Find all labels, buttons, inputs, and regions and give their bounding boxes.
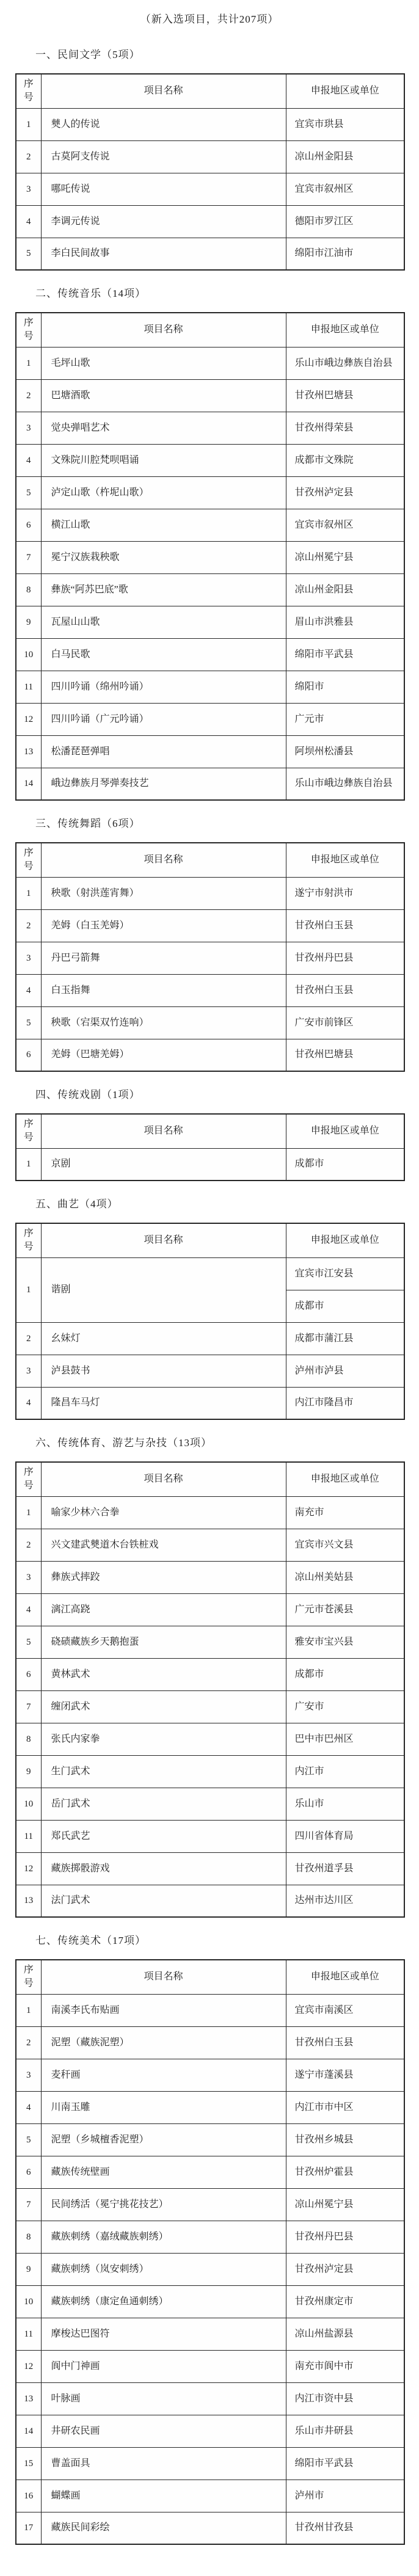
unit-cell: 达州市达川区: [286, 1885, 404, 1917]
project-name-cell: 四川吟诵（广元吟诵）: [41, 703, 286, 735]
items-table: 序号项目名称申报地区或单位1喻家少林六合拳南充市2兴文建武僰道木台铁桩戏宜宾市兴…: [15, 1461, 405, 1918]
section-heading: 六、传统体育、游艺与杂技（13项）: [0, 1436, 419, 1450]
project-name-cell: 川南玉雕: [41, 2091, 286, 2123]
row-number-cell: 17: [16, 2512, 41, 2544]
row-number-cell: 14: [16, 768, 41, 800]
table-row: 1秧歌（射洪莲宵舞）遂宁市射洪市: [16, 877, 404, 909]
table-row: 4白玉指舞甘孜州白玉县: [16, 974, 404, 1006]
row-number-cell: 10: [16, 1788, 41, 1820]
table-row: 13法门武术达州市达川区: [16, 1885, 404, 1917]
table-row: 1谐剧宜宾市江安县: [16, 1257, 404, 1290]
unit-cell: 乐山市: [286, 1788, 404, 1820]
column-header: 申报地区或单位: [286, 74, 404, 108]
project-name-cell: 秧歌（宕渠双竹连响）: [41, 1006, 286, 1039]
items-table: 序号项目名称申报地区或单位1秧歌（射洪莲宵舞）遂宁市射洪市2羌姆（白玉羌姆）甘孜…: [15, 842, 405, 1072]
project-name-cell: 麦秆画: [41, 2059, 286, 2091]
project-name-cell: 冕宁汉族栽秧歌: [41, 541, 286, 573]
row-number-cell: 2: [16, 140, 41, 173]
unit-cell: 宜宾市叙州区: [286, 509, 404, 541]
row-number-cell: 10: [16, 2285, 41, 2318]
table-row: 16蝴蝶画泸州市: [16, 2480, 404, 2512]
table-row: 13松潘琵琶弹唱阿坝州松潘县: [16, 735, 404, 768]
column-header: 申报地区或单位: [286, 1114, 404, 1148]
unit-cell: 内江市: [286, 1755, 404, 1788]
project-name-cell: 法门武术: [41, 1885, 286, 1917]
column-header: 项目名称: [41, 1223, 286, 1257]
row-number-cell: 1: [16, 1148, 41, 1181]
row-number-cell: 5: [16, 476, 41, 509]
unit-cell: 南充市: [286, 1496, 404, 1529]
unit-cell: 凉山州冕宁县: [286, 541, 404, 573]
table-row: 9瓦屋山山歌眉山市洪雅县: [16, 606, 404, 638]
project-name-cell: 彝族式摔跤: [41, 1561, 286, 1593]
project-name-cell: 藏族传统壁画: [41, 2156, 286, 2188]
unit-cell: 绵阳市平武县: [286, 638, 404, 671]
project-name-cell: 文殊院川腔梵呗唱诵: [41, 444, 286, 476]
row-number-cell: 4: [16, 2091, 41, 2123]
project-name-cell: 谐剧: [41, 1257, 286, 1322]
project-name-cell: 藏族民间彩绘: [41, 2512, 286, 2544]
column-header: 序号: [16, 1960, 41, 1994]
column-header: 申报地区或单位: [286, 1223, 404, 1257]
unit-cell: 成都市: [286, 1658, 404, 1690]
table-row: 9藏族刺绣（岚安刺绣）甘孜州泸定县: [16, 2253, 404, 2285]
project-name-cell: 兴文建武僰道木台铁桩戏: [41, 1529, 286, 1561]
unit-cell: 宜宾市兴文县: [286, 1529, 404, 1561]
unit-cell: 甘孜州白玉县: [286, 974, 404, 1006]
row-number-cell: 4: [16, 444, 41, 476]
table-row: 11摩梭达巴图符凉山州盐源县: [16, 2318, 404, 2350]
column-header: 申报地区或单位: [286, 843, 404, 877]
table-header-row: 序号项目名称申报地区或单位: [16, 1462, 404, 1496]
row-number-cell: 13: [16, 2382, 41, 2415]
row-number-cell: 3: [16, 942, 41, 974]
unit-cell: 甘孜州康定市: [286, 2285, 404, 2318]
unit-cell: 广元市: [286, 703, 404, 735]
project-name-cell: 秧歌（射洪莲宵舞）: [41, 877, 286, 909]
column-header: 序号: [16, 1114, 41, 1148]
table-row: 4文殊院川腔梵呗唱诵成都市文殊院: [16, 444, 404, 476]
table-row: 6黄林武术成都市: [16, 1658, 404, 1690]
table-row: 5泸定山歌（杵坭山歌）甘孜州泸定县: [16, 476, 404, 509]
row-number-cell: 7: [16, 541, 41, 573]
unit-cell: 乐山市井研县: [286, 2415, 404, 2447]
project-name-cell: 曹盖面具: [41, 2447, 286, 2480]
table-row: 4李调元传说德阳市罗江区: [16, 205, 404, 238]
project-name-cell: 南溪李氏布贴画: [41, 1994, 286, 2026]
table-row: 3泸县鼓书泸州市泸县: [16, 1355, 404, 1387]
column-header: 序号: [16, 313, 41, 347]
table-row: 8彝族“阿苏巴底”歌凉山州金阳县: [16, 573, 404, 606]
unit-cell: 甘孜州白玉县: [286, 2026, 404, 2059]
project-name-cell: 毛坪山歌: [41, 347, 286, 379]
row-number-cell: 14: [16, 2415, 41, 2447]
items-table: 序号项目名称申报地区或单位1僰人的传说宜宾市珙县2古莫阿支传说凉山州金阳县3哪吒…: [15, 73, 405, 271]
table-row: 3彝族式摔跤凉山州美姑县: [16, 1561, 404, 1593]
project-name-cell: 彝族“阿苏巴底”歌: [41, 573, 286, 606]
project-name-cell: 藏族刺绣（康定鱼通刺绣）: [41, 2285, 286, 2318]
table-row: 1喻家少林六合拳南充市: [16, 1496, 404, 1529]
row-number-cell: 9: [16, 2253, 41, 2285]
unit-cell: 甘孜州丹巴县: [286, 2221, 404, 2253]
column-header: 序号: [16, 74, 41, 108]
row-number-cell: 9: [16, 1755, 41, 1788]
unit-cell: 宜宾市江安县: [286, 1257, 404, 1290]
row-number-cell: 9: [16, 606, 41, 638]
table-row: 6横江山歌宜宾市叙州区: [16, 509, 404, 541]
table-header-row: 序号项目名称申报地区或单位: [16, 313, 404, 347]
table-row: 12藏族掷骰游戏甘孜州道孚县: [16, 1852, 404, 1885]
unit-cell: 宜宾市珙县: [286, 108, 404, 140]
row-number-cell: 1: [16, 1257, 41, 1322]
row-number-cell: 12: [16, 703, 41, 735]
column-header: 项目名称: [41, 313, 286, 347]
row-number-cell: 4: [16, 974, 41, 1006]
table-row: 2巴塘酒歌甘孜州巴塘县: [16, 379, 404, 412]
section-heading: 三、传统舞蹈（6项）: [0, 817, 419, 831]
row-number-cell: 7: [16, 2188, 41, 2221]
table-row: 14井研农民画乐山市井研县: [16, 2415, 404, 2447]
row-number-cell: 1: [16, 1994, 41, 2026]
table-row: 3哪吒传说宜宾市叙州区: [16, 173, 404, 205]
unit-cell: 广安市前锋区: [286, 1006, 404, 1039]
table-row: 12阆中门神画南充市阆中市: [16, 2350, 404, 2382]
column-header: 序号: [16, 1223, 41, 1257]
project-name-cell: 藏族掷骰游戏: [41, 1852, 286, 1885]
unit-cell: 甘孜州甘孜县: [286, 2512, 404, 2544]
row-number-cell: 5: [16, 238, 41, 270]
row-number-cell: 8: [16, 573, 41, 606]
project-name-cell: 泸定山歌（杵坭山歌）: [41, 476, 286, 509]
unit-cell: 甘孜州泸定县: [286, 476, 404, 509]
table-row: 5李白民间故事绵阳市江油市: [16, 238, 404, 270]
sections-container: 一、民间文学（5项）序号项目名称申报地区或单位1僰人的传说宜宾市珙县2古莫阿支传…: [0, 48, 419, 2545]
project-name-cell: 四川吟诵（绵州吟诵）: [41, 671, 286, 703]
table-row: 13叶脉画内江市资中县: [16, 2382, 404, 2415]
row-number-cell: 2: [16, 1322, 41, 1355]
table-header-row: 序号项目名称申报地区或单位: [16, 1114, 404, 1148]
project-name-cell: 觉央弹唱艺术: [41, 412, 286, 444]
row-number-cell: 3: [16, 412, 41, 444]
column-header: 申报地区或单位: [286, 1960, 404, 1994]
row-number-cell: 15: [16, 2447, 41, 2480]
row-number-cell: 3: [16, 1355, 41, 1387]
row-number-cell: 4: [16, 1593, 41, 1626]
project-name-cell: 缠闭武术: [41, 1690, 286, 1723]
unit-cell: 绵阳市江油市: [286, 238, 404, 270]
table-row: 15曹盖面具绵阳市平武县: [16, 2447, 404, 2480]
row-number-cell: 4: [16, 1387, 41, 1419]
table-header-row: 序号项目名称申报地区或单位: [16, 843, 404, 877]
project-name-cell: 白马民歌: [41, 638, 286, 671]
project-name-cell: 泥塑（乡城檀香泥塑）: [41, 2123, 286, 2156]
project-name-cell: 松潘琵琶弹唱: [41, 735, 286, 768]
unit-cell: 眉山市洪雅县: [286, 606, 404, 638]
unit-cell: 甘孜州得荣县: [286, 412, 404, 444]
row-number-cell: 6: [16, 509, 41, 541]
column-header: 项目名称: [41, 74, 286, 108]
project-name-cell: 岳门武术: [41, 1788, 286, 1820]
table-row: 5硗碛藏族乡天鹅抱蛋雅安市宝兴县: [16, 1626, 404, 1658]
unit-cell: 南充市阆中市: [286, 2350, 404, 2382]
column-header: 申报地区或单位: [286, 1462, 404, 1496]
table-row: 9生门武术内江市: [16, 1755, 404, 1788]
table-row: 10白马民歌绵阳市平武县: [16, 638, 404, 671]
project-name-cell: 黄林武术: [41, 1658, 286, 1690]
unit-cell: 泸州市: [286, 2480, 404, 2512]
project-name-cell: 泸县鼓书: [41, 1355, 286, 1387]
project-name-cell: 李调元传说: [41, 205, 286, 238]
row-number-cell: 4: [16, 205, 41, 238]
table-row: 8张氏内家拳巴中市巴州区: [16, 1723, 404, 1755]
row-number-cell: 5: [16, 1626, 41, 1658]
row-number-cell: 11: [16, 671, 41, 703]
table-row: 2兴文建武僰道木台铁桩戏宜宾市兴文县: [16, 1529, 404, 1561]
table-row: 14峨边彝族月琴弹奏技艺乐山市峨边彝族自治县: [16, 768, 404, 800]
unit-cell: 成都市: [286, 1290, 404, 1322]
table-row: 7缠闭武术广安市: [16, 1690, 404, 1723]
table-row: 4隆昌车马灯内江市隆昌市: [16, 1387, 404, 1419]
project-name-cell: 幺妹灯: [41, 1322, 286, 1355]
table-header-row: 序号项目名称申报地区或单位: [16, 74, 404, 108]
document-title: （新入选项目，共计207项）: [0, 12, 419, 27]
row-number-cell: 1: [16, 1496, 41, 1529]
column-header: 序号: [16, 1462, 41, 1496]
unit-cell: 凉山州冕宁县: [286, 2188, 404, 2221]
items-table: 序号项目名称申报地区或单位1谐剧宜宾市江安县成都市2幺妹灯成都市蒲江县3泸县鼓书…: [15, 1223, 405, 1420]
table-row: 4川南玉雕内江市市中区: [16, 2091, 404, 2123]
project-name-cell: 哪吒传说: [41, 173, 286, 205]
column-header: 申报地区或单位: [286, 313, 404, 347]
project-name-cell: 巴塘酒歌: [41, 379, 286, 412]
unit-cell: 雅安市宝兴县: [286, 1626, 404, 1658]
unit-cell: 甘孜州白玉县: [286, 909, 404, 942]
unit-cell: 绵阳市: [286, 671, 404, 703]
project-name-cell: 白玉指舞: [41, 974, 286, 1006]
project-name-cell: 古莫阿支传说: [41, 140, 286, 173]
table-row: 1毛坪山歌乐山市峨边彝族自治县: [16, 347, 404, 379]
row-number-cell: 3: [16, 173, 41, 205]
unit-cell: 德阳市罗江区: [286, 205, 404, 238]
project-name-cell: 京剧: [41, 1148, 286, 1181]
project-name-cell: 郑氏武艺: [41, 1820, 286, 1852]
unit-cell: 阿坝州松潘县: [286, 735, 404, 768]
unit-cell: 凉山州盐源县: [286, 2318, 404, 2350]
row-number-cell: 6: [16, 1658, 41, 1690]
row-number-cell: 1: [16, 108, 41, 140]
project-name-cell: 阆中门神画: [41, 2350, 286, 2382]
project-name-cell: 僰人的传说: [41, 108, 286, 140]
row-number-cell: 13: [16, 1885, 41, 1917]
project-name-cell: 羌姆（白玉羌姆）: [41, 909, 286, 942]
unit-cell: 广安市: [286, 1690, 404, 1723]
unit-cell: 泸州市泸县: [286, 1355, 404, 1387]
section-heading: 四、传统戏剧（1项）: [0, 1088, 419, 1102]
table-row: 7民间绣活（冕宁挑花技艺）凉山州冕宁县: [16, 2188, 404, 2221]
unit-cell: 成都市文殊院: [286, 444, 404, 476]
section-heading: 七、传统美术（17项）: [0, 1934, 419, 1948]
row-number-cell: 5: [16, 1006, 41, 1039]
table-row: 7冕宁汉族栽秧歌凉山州冕宁县: [16, 541, 404, 573]
unit-cell: 遂宁市蓬溪县: [286, 2059, 404, 2091]
row-number-cell: 2: [16, 2026, 41, 2059]
unit-cell: 甘孜州丹巴县: [286, 942, 404, 974]
row-number-cell: 12: [16, 1852, 41, 1885]
row-number-cell: 11: [16, 1820, 41, 1852]
unit-cell: 宜宾市叙州区: [286, 173, 404, 205]
row-number-cell: 2: [16, 909, 41, 942]
row-number-cell: 7: [16, 1690, 41, 1723]
table-row: 6羌姆（巴塘羌姆）甘孜州巴塘县: [16, 1039, 404, 1071]
project-name-cell: 民间绣活（冕宁挑花技艺）: [41, 2188, 286, 2221]
row-number-cell: 10: [16, 638, 41, 671]
row-number-cell: 6: [16, 2156, 41, 2188]
section-heading: 一、民间文学（5项）: [0, 48, 419, 62]
unit-cell: 甘孜州乡城县: [286, 2123, 404, 2156]
project-name-cell: 瓦屋山山歌: [41, 606, 286, 638]
row-number-cell: 3: [16, 1561, 41, 1593]
table-row: 10藏族刺绣（康定鱼通刺绣）甘孜州康定市: [16, 2285, 404, 2318]
row-number-cell: 2: [16, 379, 41, 412]
project-name-cell: 李白民间故事: [41, 238, 286, 270]
row-number-cell: 13: [16, 735, 41, 768]
unit-cell: 宜宾市南溪区: [286, 1994, 404, 2026]
table-header-row: 序号项目名称申报地区或单位: [16, 1223, 404, 1257]
column-header: 序号: [16, 843, 41, 877]
table-row: 2羌姆（白玉羌姆）甘孜州白玉县: [16, 909, 404, 942]
unit-cell: 甘孜州巴塘县: [286, 379, 404, 412]
unit-cell: 甘孜州巴塘县: [286, 1039, 404, 1071]
project-name-cell: 叶脉画: [41, 2382, 286, 2415]
unit-cell: 成都市: [286, 1148, 404, 1181]
items-table: 序号项目名称申报地区或单位1京剧成都市: [15, 1113, 405, 1181]
project-name-cell: 丹巴弓箭舞: [41, 942, 286, 974]
section-heading: 二、传统音乐（14项）: [0, 286, 419, 301]
unit-cell: 四川省体育局: [286, 1820, 404, 1852]
project-name-cell: 漓江高跷: [41, 1593, 286, 1626]
unit-cell: 甘孜州炉霍县: [286, 2156, 404, 2188]
project-name-cell: 井研农民画: [41, 2415, 286, 2447]
table-row: 3丹巴弓箭舞甘孜州丹巴县: [16, 942, 404, 974]
row-number-cell: 2: [16, 1529, 41, 1561]
table-row: 17藏族民间彩绘甘孜州甘孜县: [16, 2512, 404, 2544]
row-number-cell: 1: [16, 877, 41, 909]
project-name-cell: 羌姆（巴塘羌姆）: [41, 1039, 286, 1071]
row-number-cell: 8: [16, 1723, 41, 1755]
table-row: 3觉央弹唱艺术甘孜州得荣县: [16, 412, 404, 444]
unit-cell: 广元市苍溪县: [286, 1593, 404, 1626]
table-row: 11四川吟诵（绵州吟诵）绵阳市: [16, 671, 404, 703]
row-number-cell: 11: [16, 2318, 41, 2350]
table-row: 11郑氏武艺四川省体育局: [16, 1820, 404, 1852]
unit-cell: 内江市市中区: [286, 2091, 404, 2123]
row-number-cell: 6: [16, 1039, 41, 1071]
table-row: 5秧歌（宕渠双竹连响）广安市前锋区: [16, 1006, 404, 1039]
project-name-cell: 摩梭达巴图符: [41, 2318, 286, 2350]
project-name-cell: 喻家少林六合拳: [41, 1496, 286, 1529]
project-name-cell: 藏族刺绣（岚安刺绣）: [41, 2253, 286, 2285]
unit-cell: 乐山市峨边彝族自治县: [286, 768, 404, 800]
section-heading: 五、曲艺（4项）: [0, 1197, 419, 1212]
project-name-cell: 张氏内家拳: [41, 1723, 286, 1755]
project-name-cell: 蝴蝶画: [41, 2480, 286, 2512]
unit-cell: 遂宁市射洪市: [286, 877, 404, 909]
document-page: （新入选项目，共计207项） 一、民间文学（5项）序号项目名称申报地区或单位1僰…: [0, 0, 419, 2576]
table-row: 1京剧成都市: [16, 1148, 404, 1181]
table-row: 12四川吟诵（广元吟诵）广元市: [16, 703, 404, 735]
unit-cell: 内江市隆昌市: [286, 1387, 404, 1419]
row-number-cell: 5: [16, 2123, 41, 2156]
table-row: 2泥塑（藏族泥塑）甘孜州白玉县: [16, 2026, 404, 2059]
column-header: 项目名称: [41, 1960, 286, 1994]
column-header: 项目名称: [41, 1462, 286, 1496]
unit-cell: 巴中市巴州区: [286, 1723, 404, 1755]
row-number-cell: 8: [16, 2221, 41, 2253]
project-name-cell: 硗碛藏族乡天鹅抱蛋: [41, 1626, 286, 1658]
row-number-cell: 1: [16, 347, 41, 379]
items-table: 序号项目名称申报地区或单位1南溪李氏布贴画宜宾市南溪区2泥塑（藏族泥塑）甘孜州白…: [15, 1959, 405, 2545]
unit-cell: 绵阳市平武县: [286, 2447, 404, 2480]
table-row: 1僰人的传说宜宾市珙县: [16, 108, 404, 140]
table-row: 2幺妹灯成都市蒲江县: [16, 1322, 404, 1355]
project-name-cell: 藏族刺绣（嘉绒藏族刺绣）: [41, 2221, 286, 2253]
table-row: 10岳门武术乐山市: [16, 1788, 404, 1820]
project-name-cell: 峨边彝族月琴弹奏技艺: [41, 768, 286, 800]
unit-cell: 成都市蒲江县: [286, 1322, 404, 1355]
unit-cell: 甘孜州道孚县: [286, 1852, 404, 1885]
project-name-cell: 隆昌车马灯: [41, 1387, 286, 1419]
table-row: 3麦秆画遂宁市蓬溪县: [16, 2059, 404, 2091]
table-row: 6藏族传统壁画甘孜州炉霍县: [16, 2156, 404, 2188]
project-name-cell: 生门武术: [41, 1755, 286, 1788]
row-number-cell: 3: [16, 2059, 41, 2091]
table-row: 5泥塑（乡城檀香泥塑）甘孜州乡城县: [16, 2123, 404, 2156]
table-row: 8藏族刺绣（嘉绒藏族刺绣）甘孜州丹巴县: [16, 2221, 404, 2253]
unit-cell: 内江市资中县: [286, 2382, 404, 2415]
column-header: 项目名称: [41, 843, 286, 877]
table-row: 4漓江高跷广元市苍溪县: [16, 1593, 404, 1626]
row-number-cell: 16: [16, 2480, 41, 2512]
row-number-cell: 12: [16, 2350, 41, 2382]
project-name-cell: 泥塑（藏族泥塑）: [41, 2026, 286, 2059]
project-name-cell: 横江山歌: [41, 509, 286, 541]
unit-cell: 凉山州美姑县: [286, 1561, 404, 1593]
unit-cell: 凉山州金阳县: [286, 573, 404, 606]
column-header: 项目名称: [41, 1114, 286, 1148]
unit-cell: 凉山州金阳县: [286, 140, 404, 173]
table-header-row: 序号项目名称申报地区或单位: [16, 1960, 404, 1994]
unit-cell: 乐山市峨边彝族自治县: [286, 347, 404, 379]
table-row: 2古莫阿支传说凉山州金阳县: [16, 140, 404, 173]
items-table: 序号项目名称申报地区或单位1毛坪山歌乐山市峨边彝族自治县2巴塘酒歌甘孜州巴塘县3…: [15, 312, 405, 801]
unit-cell: 甘孜州泸定县: [286, 2253, 404, 2285]
table-row: 1南溪李氏布贴画宜宾市南溪区: [16, 1994, 404, 2026]
